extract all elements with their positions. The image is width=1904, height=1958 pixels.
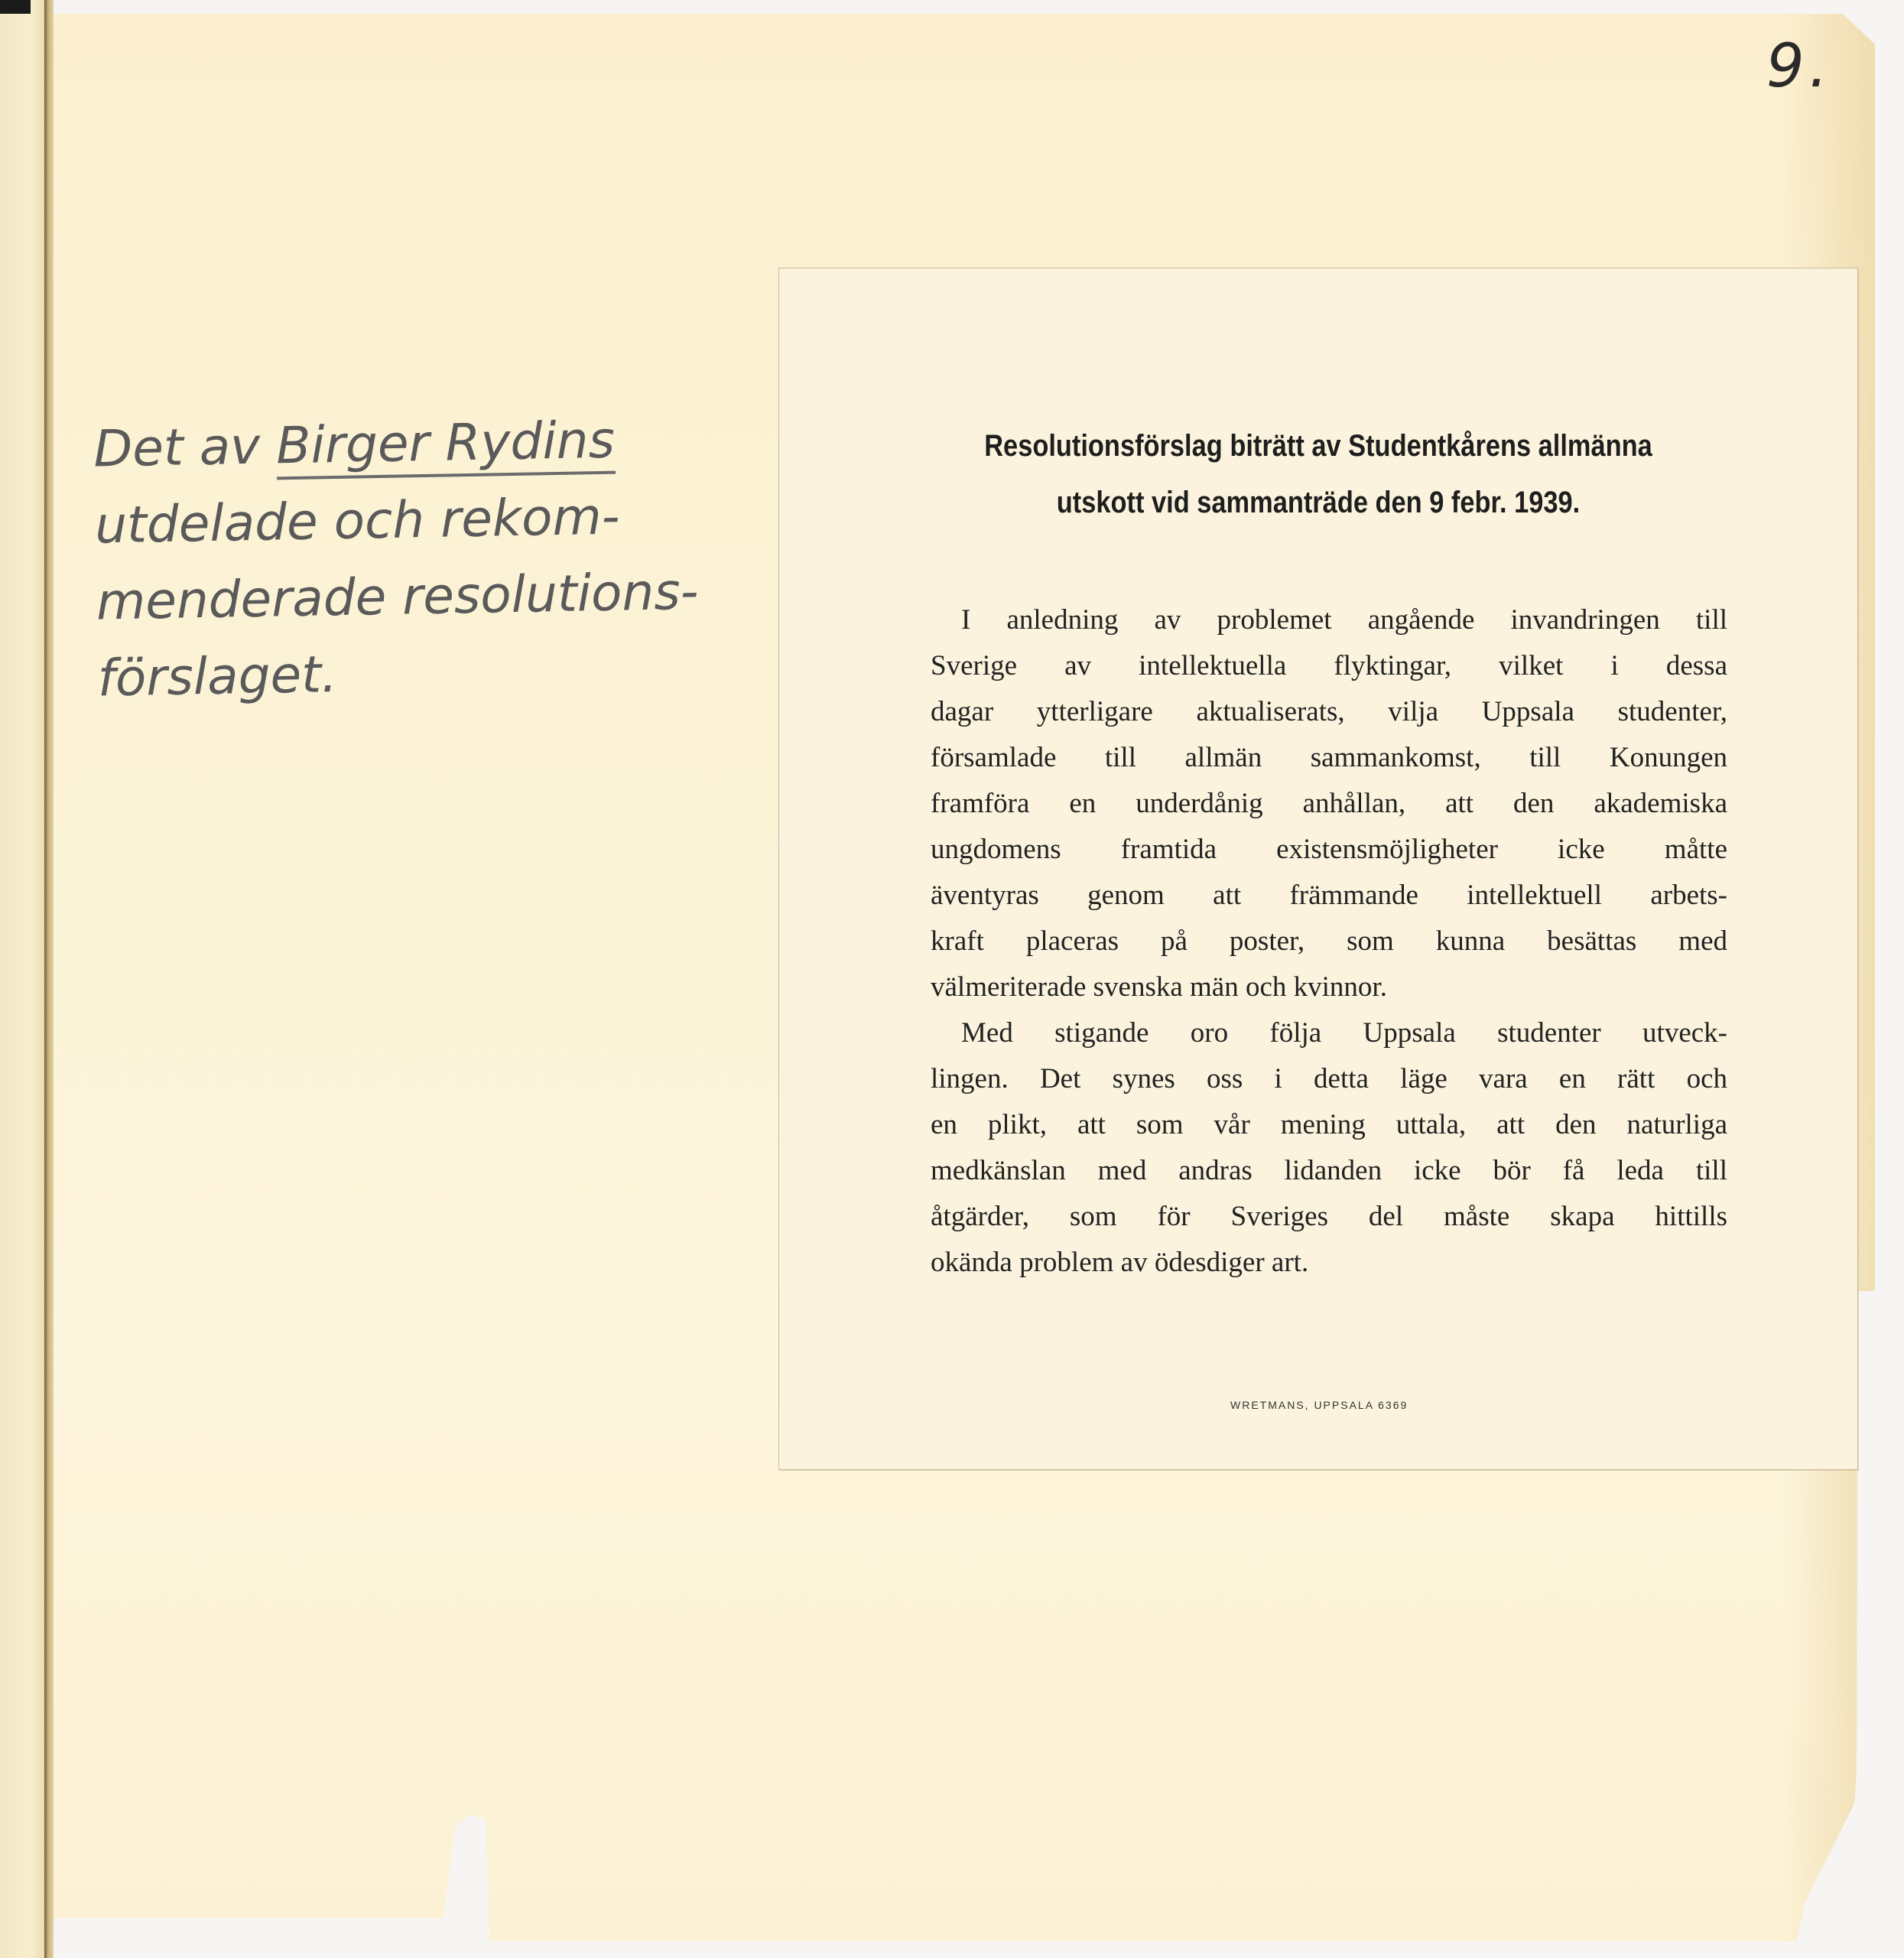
binding-shadow (0, 0, 31, 14)
body-line: Sverige av intellektuella flyktingar, vi… (931, 643, 1727, 689)
body-line: ungdomens framtida existensmöjligheter i… (931, 827, 1727, 873)
body-line: framföra en underdånig anhållan, att den… (931, 781, 1727, 827)
body-line: okända problem av ödesdiger art. (931, 1240, 1727, 1286)
handwritten-note: Det av Birger Rydins utdelade och rekom-… (93, 400, 756, 717)
previous-page-edge (0, 0, 44, 1958)
body-line: lingen. Det synes oss i detta läge vara … (931, 1056, 1727, 1102)
body-line: församlade till allmän sammankomst, till… (931, 735, 1727, 781)
resolution-title: Resolutionsförslag biträtt av Studentkår… (855, 418, 1782, 531)
page-number: 9. (1766, 32, 1832, 101)
body-line: I anledning av problemet angående invand… (931, 597, 1727, 643)
title-line-2: utskott vid sammanträde den 9 febr. 1939… (855, 474, 1782, 531)
body-line: en plikt, att som vår mening uttala, att… (931, 1102, 1727, 1148)
body-line: äventyras genom att främmande intellektu… (931, 873, 1727, 919)
body-line: kraft placeras på poster, som kunna besä… (931, 919, 1727, 964)
body-line: Med stigande oro följa Uppsala studenter… (931, 1010, 1727, 1056)
title-line-1: Resolutionsförslag biträtt av Studentkår… (855, 418, 1782, 474)
note-underlined-name: Birger Rydins (276, 411, 616, 480)
note-line-4: förslaget. (97, 629, 756, 717)
note-line-3: menderade resolutions- (96, 552, 755, 640)
body-line: medkänslan med andras lidanden icke bör … (931, 1148, 1727, 1194)
resolution-body: I anledning av problemet angående invand… (931, 597, 1727, 1286)
printed-resolution-sheet: Resolutionsförslag biträtt av Studentkår… (778, 268, 1858, 1470)
body-line: dagar ytterligare aktualiserats, vilja U… (931, 689, 1727, 735)
printer-imprint: WRETMANS, UPPSALA 6369 (1230, 1399, 1408, 1411)
body-line: välmeriterade svenska män och kvinnor. (931, 964, 1727, 1010)
binding-gutter (44, 0, 54, 1958)
note-line-1: Det av Birger Rydins (93, 400, 752, 488)
body-line: åtgärder, som för Sveriges del måste ska… (931, 1194, 1727, 1240)
note-line-1-prefix: Det av (93, 416, 277, 478)
note-line-2: utdelade och rekom- (94, 476, 753, 564)
